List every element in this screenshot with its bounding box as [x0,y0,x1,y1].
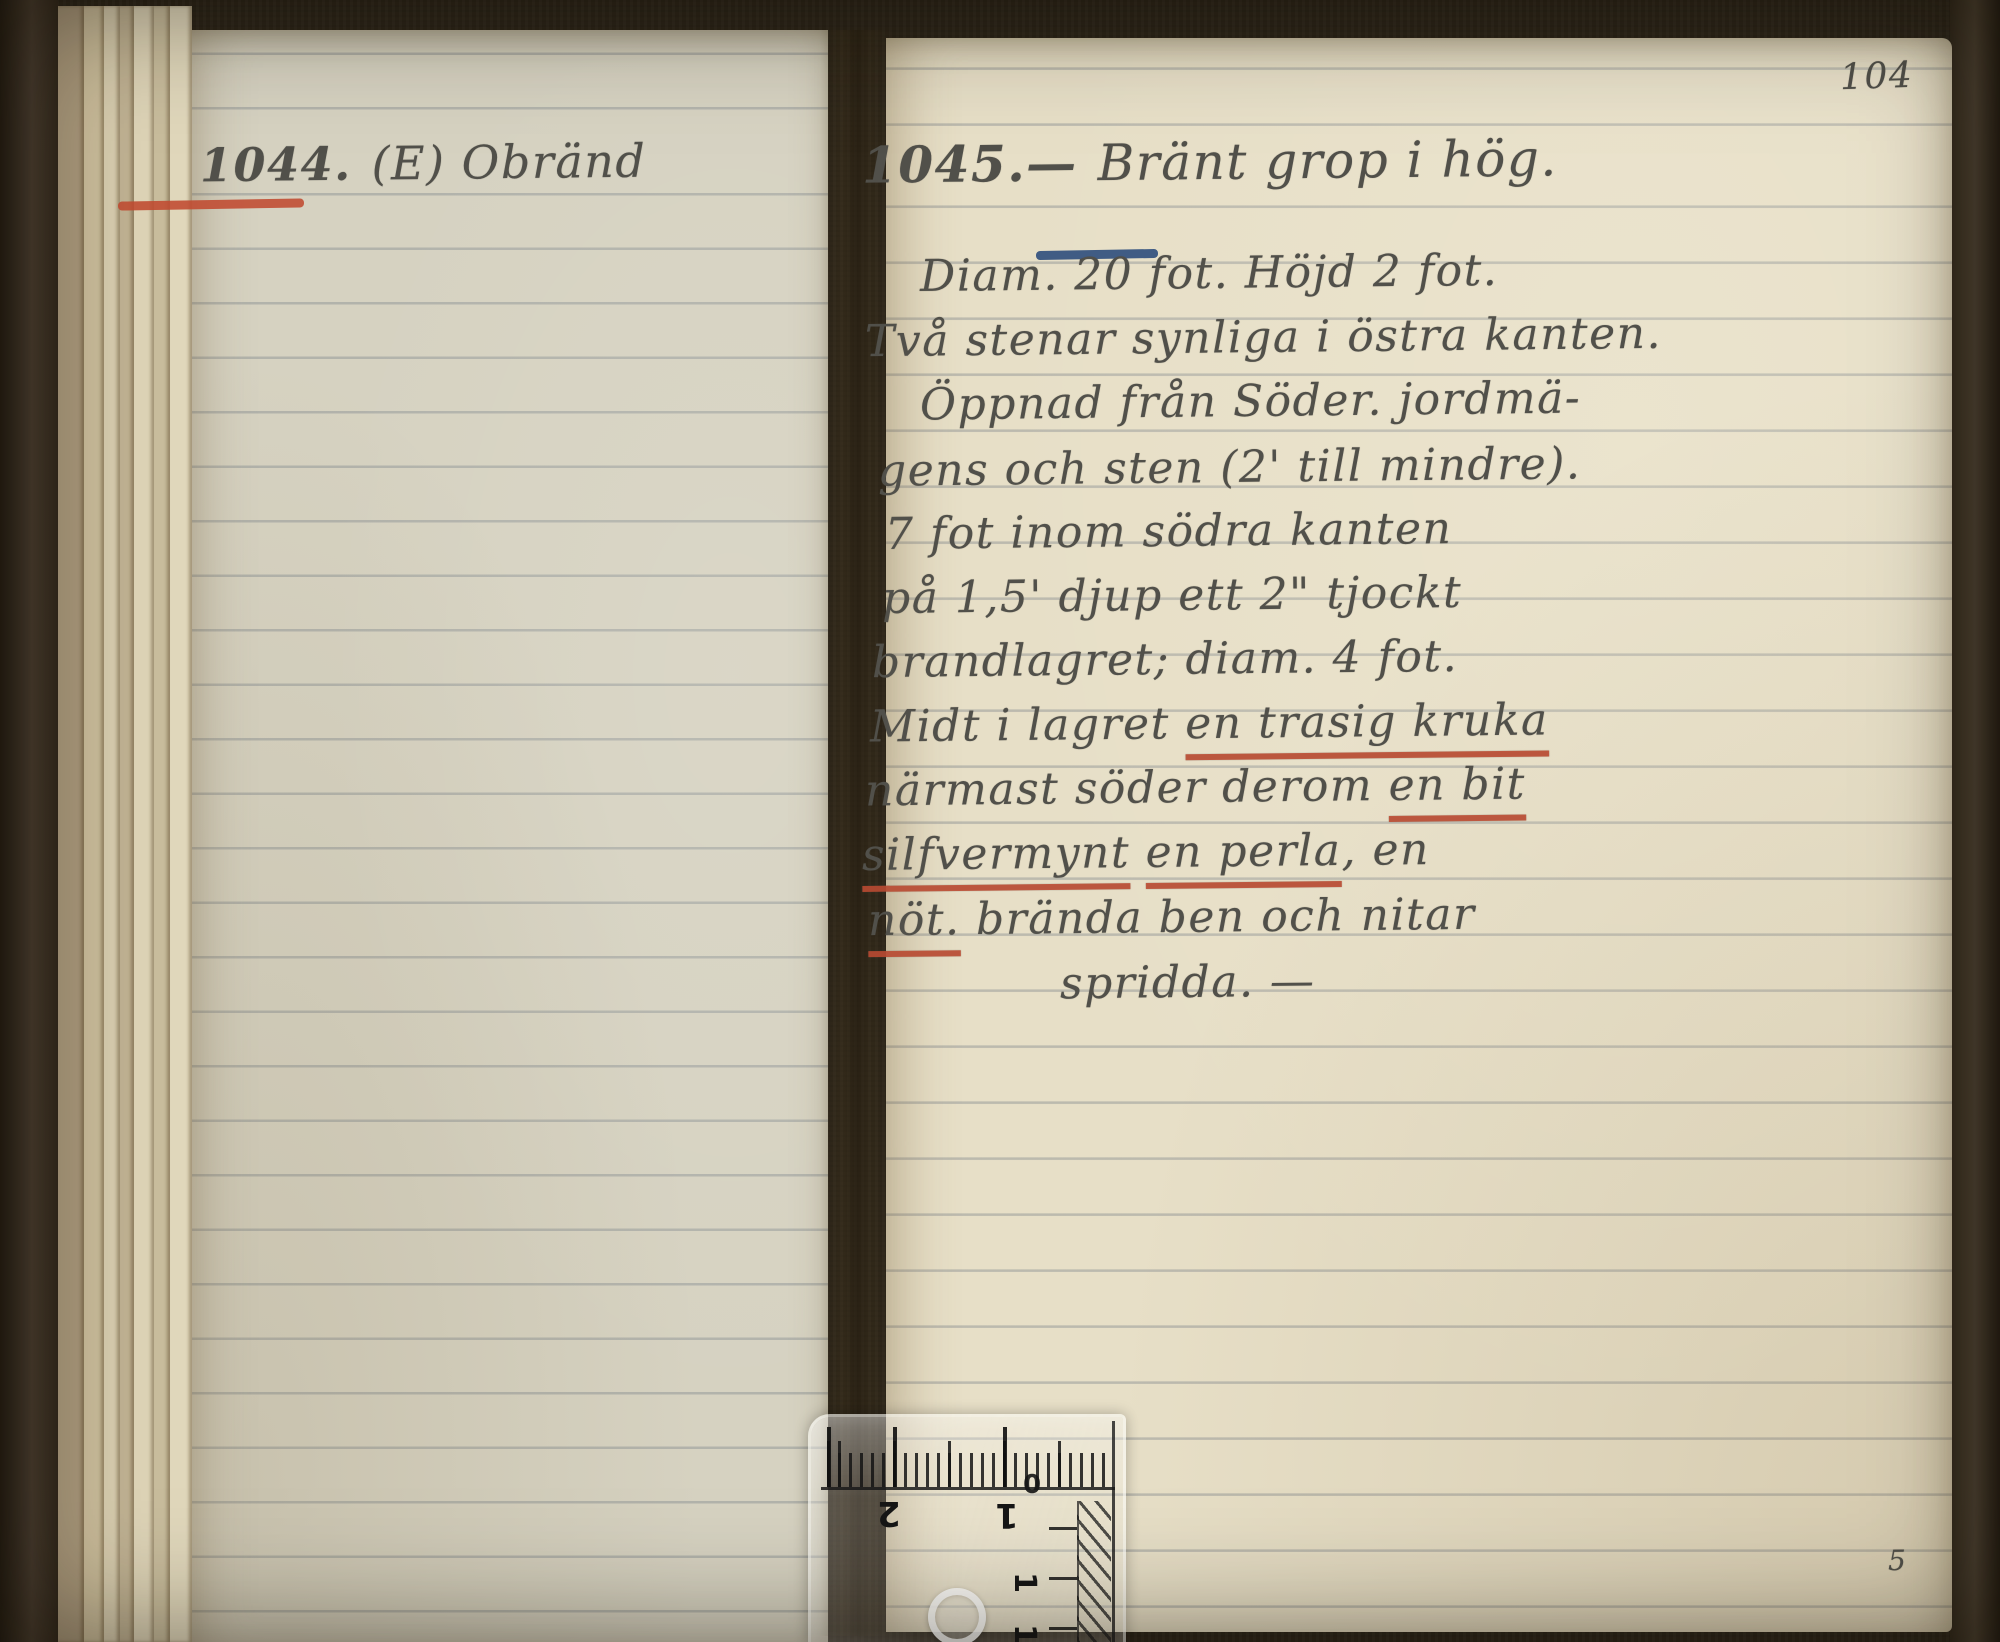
entry-number: 1045.— [862,133,1078,194]
page-edge [170,6,192,1642]
handwriting-text: gens och sten (2' till mindre). [878,438,1582,496]
ruler: 2 1 0 1 1 [808,1414,1126,1642]
handwriting-line: nöt. brända ben och nitar [868,889,1476,946]
ruler-label-1: 1 [995,1495,1019,1535]
ruler-vertical-ticks [1049,1527,1077,1642]
entry-number: 1044. [200,137,352,193]
handwriting-line: gens och sten (2' till mindre). [878,438,1582,496]
page-edge [104,6,120,1642]
handwriting-text: Diam. 20 fot. Höjd 2 fot. [920,245,1499,302]
underlined-phrase: silfvermynt [862,827,1131,881]
handwriting-text: , en [1341,824,1430,876]
ruler-hole [928,1588,986,1642]
handwriting-line: Midt i lagret en trasig kruka [870,694,1549,752]
handwriting-line: Två stenar synliga i östra kanten. [865,308,1662,367]
handwriting-line: Diam. 20 fot. Höjd 2 fot. [920,245,1499,302]
handwriting-line: silfvermynt en perla, en [862,824,1430,881]
sheet-mark: 5 [1888,1544,1908,1577]
entry-heading-text: Bränt grop i hög. [1097,129,1558,192]
handwriting-text: spridda. — [1060,956,1316,1010]
handwriting-text: Öppnad från Söder. jordmä- [920,373,1582,431]
page-number: 104 [1839,55,1914,99]
entry-1045-heading: 1045.—Bränt grop i hög. [862,128,1558,194]
entry-1044-heading: 1044.(E) Obränd [200,134,647,193]
ruler-vertical-edge [1112,1421,1115,1642]
ruler-label-2: 2 [877,1493,901,1533]
page-edge [134,6,154,1642]
handwriting-text: Två stenar synliga i östra kanten. [865,308,1662,367]
handwriting-text: närmast söder derom [865,760,1389,816]
page-edge [154,6,170,1642]
underlined-phrase: en perla [1145,825,1341,878]
handwriting-line: brandlagret; diam. 4 fot. [872,631,1459,688]
ruler-vertical-label-1: 1 [1007,1572,1042,1593]
handwriting-line: 7 fot inom södra kanten [885,503,1453,560]
ruler-label-0: 0 [1023,1467,1041,1497]
page-edge [58,6,84,1642]
handwriting-text: brända ben och nitar [960,889,1475,945]
notebook-photo: 1044.(E) Obränd 1045.—Bränt grop i hög. … [0,0,2000,1642]
handwriting-line: Öppnad från Söder. jordmä- [920,373,1582,431]
handwriting-text: på 1,5' djup ett 2" tjockt [882,567,1463,624]
ruler-baseline [821,1487,1115,1490]
ruler-hatch-pattern [1077,1501,1111,1642]
handwriting-line: på 1,5' djup ett 2" tjockt [882,567,1463,624]
handwriting-text: brandlagret; diam. 4 fot. [872,631,1459,688]
page-edge [120,6,134,1642]
ruler-vertical-label-1: 1 [1007,1624,1042,1642]
book-cover-left [0,0,58,1642]
book-cover-right [1950,0,2000,1642]
handwriting-line: närmast söder derom en bit [865,759,1526,817]
handwriting-text [1130,827,1146,878]
handwriting-text: 7 fot inom södra kanten [885,503,1453,560]
entry-text: (E) Obränd [371,134,646,191]
handwriting-text: Midt i lagret [870,698,1186,752]
underlined-phrase: en bit [1388,759,1526,811]
left-page [192,30,828,1642]
handwriting-line: spridda. — [1060,956,1316,1010]
page-edge [84,6,104,1642]
underlined-phrase: nöt. [868,894,961,946]
underlined-phrase: en trasig kruka [1185,694,1549,749]
ruler-major-ticks [825,1427,1111,1487]
